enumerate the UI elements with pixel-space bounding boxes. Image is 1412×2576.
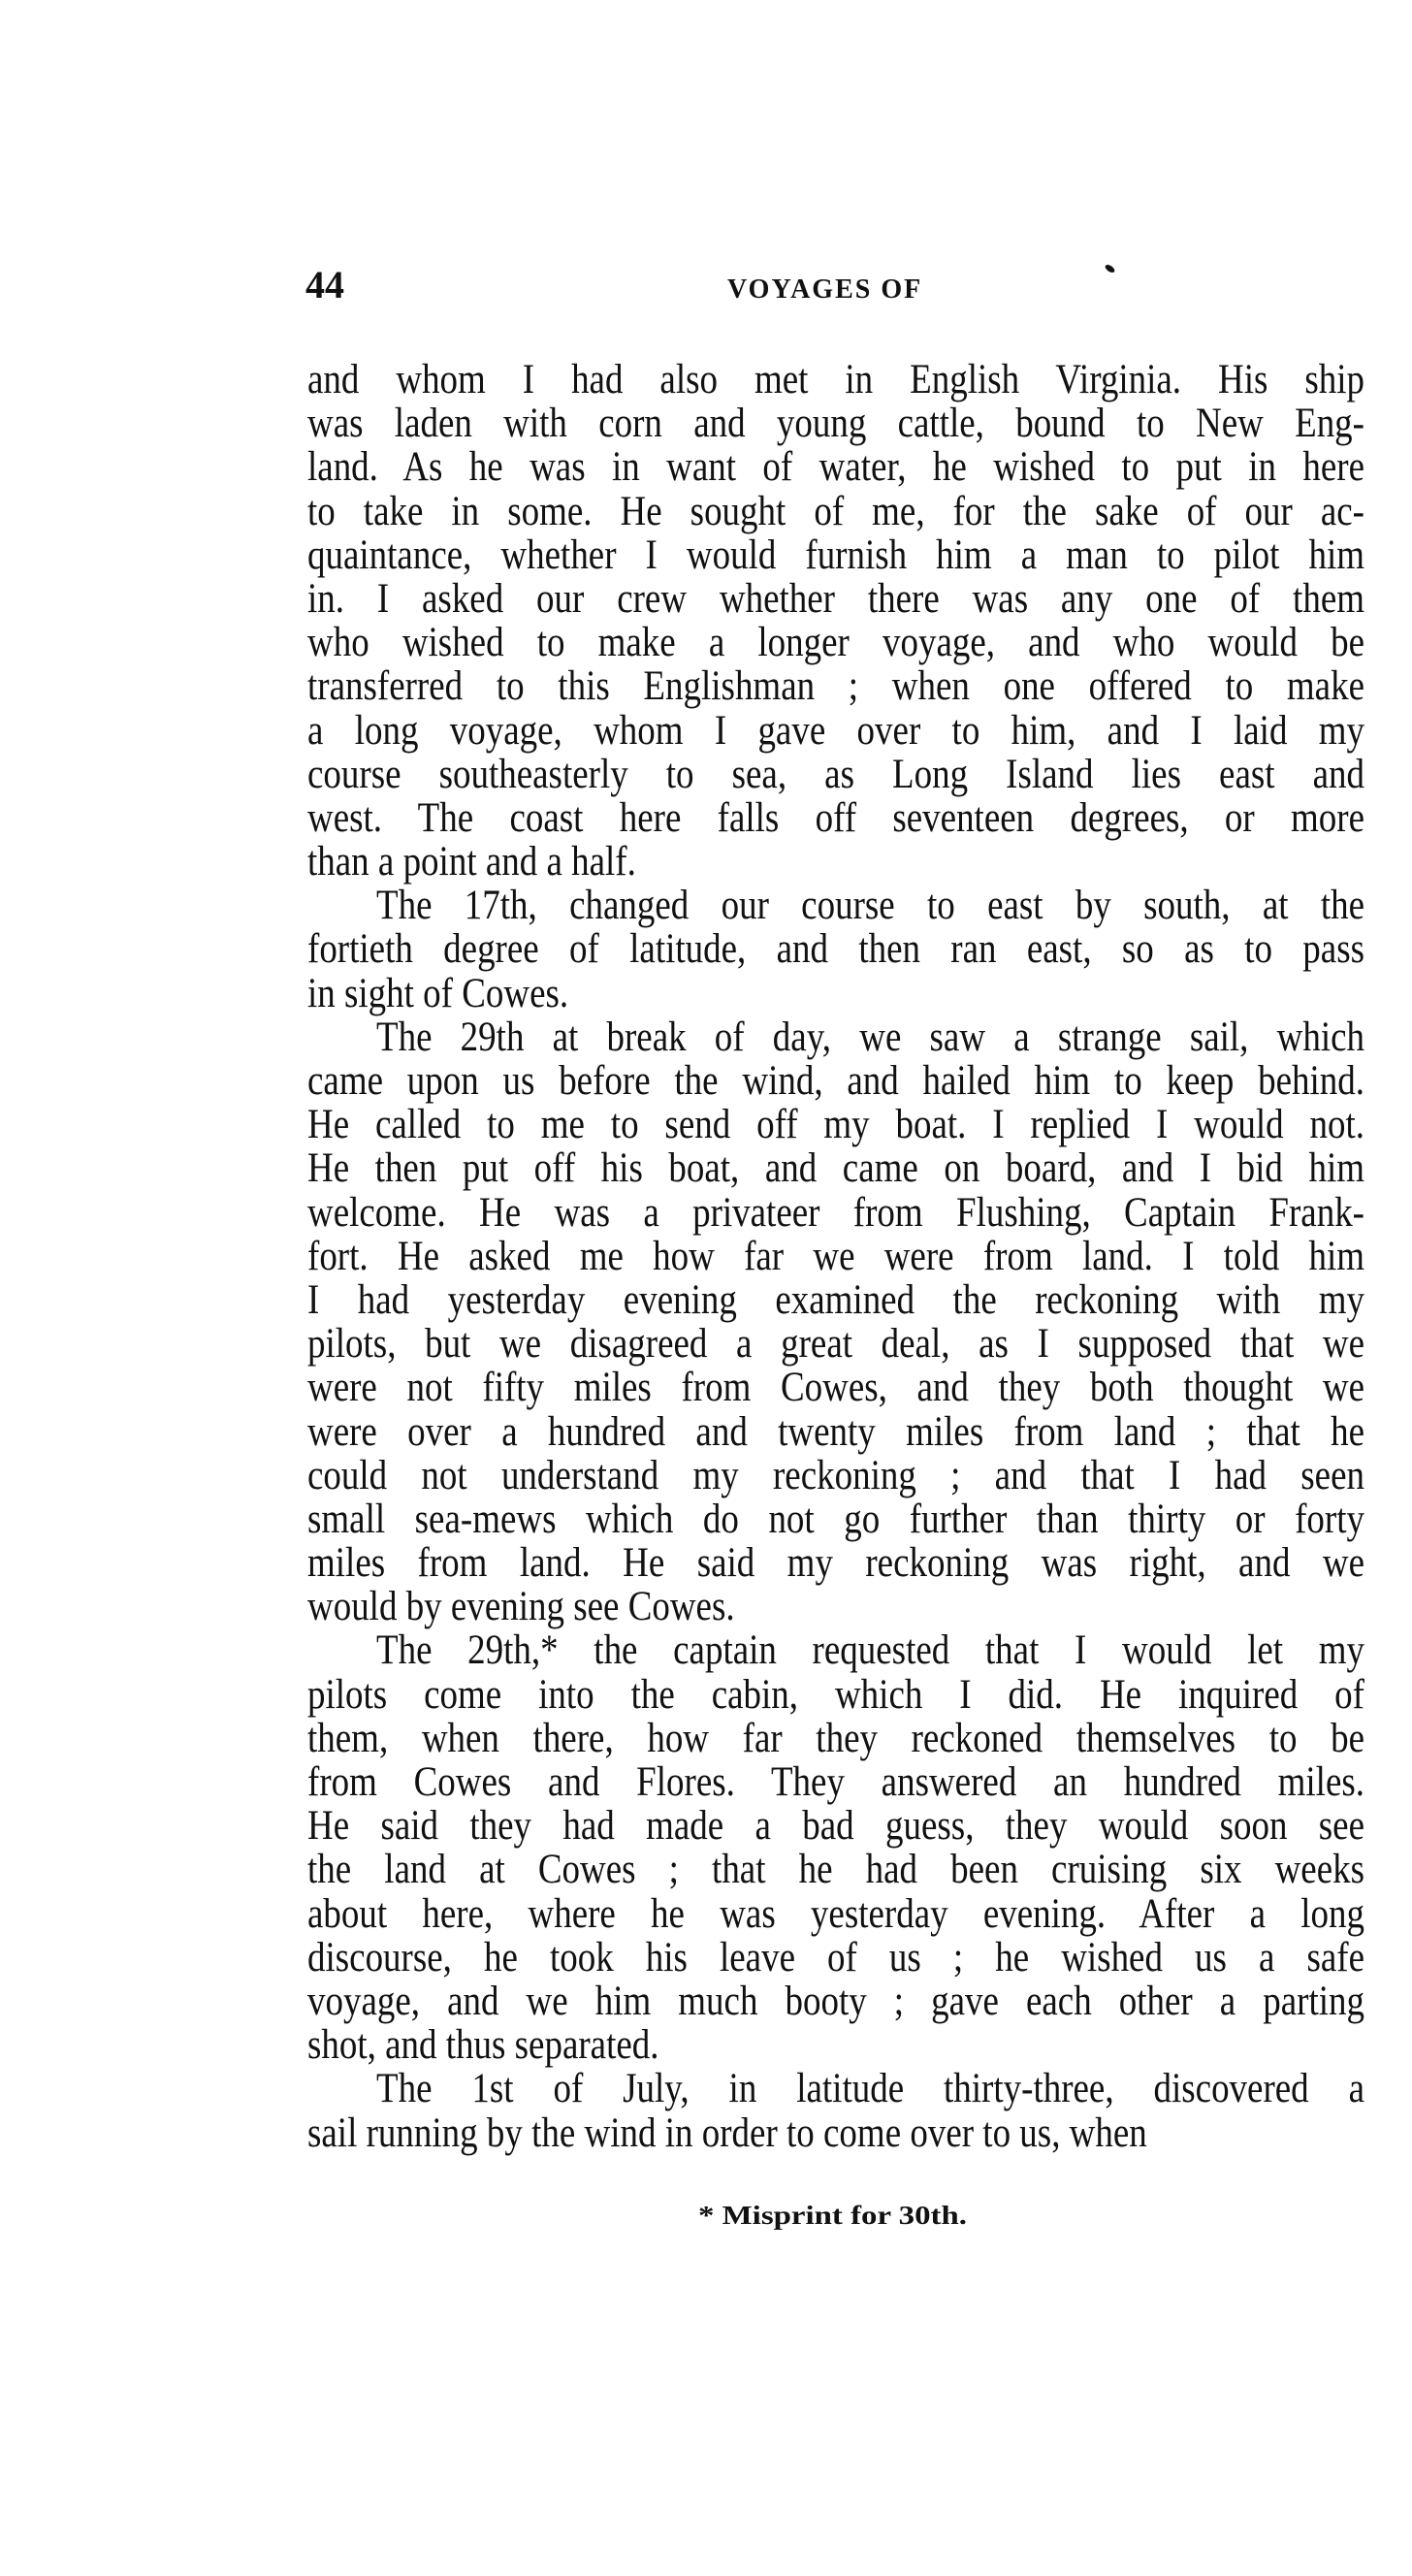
text-line: He then put off his boat, and came on bo… [307,1146,1364,1190]
paragraph: The 29th at break of day, we saw a stran… [307,1015,1364,1629]
line-text: He then put off his boat, and came on bo… [307,1146,1364,1190]
text-line: who wished to make a longer voyage, and … [307,621,1364,664]
line-text: quaintance, whether I would furnish him … [307,533,1364,577]
text-line: west. The coast here falls off seventeen… [307,796,1364,840]
book-page: 44 VOYAGES OF and whom I had also met in… [0,0,1412,2576]
line-text: welcome. He was a privateer from Flushin… [307,1191,1364,1235]
line-text: in. I asked our crew whether there was a… [307,577,1364,621]
text-line: I had yesterday evening examined the rec… [307,1278,1364,1322]
line-text: than a point and a half. [307,840,636,884]
text-line: than a point and a half. [307,840,1364,884]
line-text: could not understand my reckoning ; and … [307,1454,1364,1497]
text-line: The 29th,* the captain requested that I … [307,1628,1364,1672]
line-text: transferred to this Englishman ; when on… [307,664,1364,708]
text-line: and whom I had also met in English Virgi… [307,358,1364,402]
line-text: The 17th, changed our course to east by … [376,884,1364,927]
paragraph: The 29th,* the captain requested that I … [307,1628,1364,2067]
paragraph: and whom I had also met in English Virgi… [307,358,1364,884]
text-line: The 29th at break of day, we saw a stran… [307,1015,1364,1059]
text-line: would by evening see Cowes. [307,1585,1364,1628]
text-line: were over a hundred and twenty miles fro… [307,1410,1364,1454]
line-text: course southeasterly to sea, as Long Isl… [307,753,1364,796]
line-text: to take in some. He sought of me, for th… [307,490,1364,533]
text-line: fort. He asked me how far we were from l… [307,1235,1364,1278]
text-line: them, when there, how far they reckoned … [307,1717,1364,1760]
line-text: west. The coast here falls off seventeen… [307,796,1364,840]
text-line: land. As he was in want of water, he wis… [307,445,1364,489]
line-text: miles from land. He said my reckoning wa… [307,1541,1364,1585]
line-text: pilots come into the cabin, which I did.… [307,1673,1364,1717]
line-text: a long voyage, whom I gave over to him, … [307,709,1364,753]
text-line: pilots, but we disagreed a great deal, a… [307,1322,1364,1366]
line-text: were not fifty miles from Cowes, and the… [307,1366,1364,1409]
ink-speck [1104,263,1115,274]
text-line: transferred to this Englishman ; when on… [307,664,1364,708]
line-text: came upon us before the wind, and hailed… [307,1059,1364,1103]
line-text: would by evening see Cowes. [307,1585,735,1628]
running-head: 44 VOYAGES OF [307,262,1364,310]
text-line: to take in some. He sought of me, for th… [307,490,1364,533]
line-text: He said they had made a bad guess, they … [307,1804,1364,1848]
text-line: voyage, and we him much booty ; gave eac… [307,1980,1364,2023]
line-text: small sea-mews which do not go further t… [307,1497,1364,1541]
text-line: small sea-mews which do not go further t… [307,1497,1364,1541]
text-line: welcome. He was a privateer from Flushin… [307,1191,1364,1235]
text-line: quaintance, whether I would furnish him … [307,533,1364,577]
text-line: came upon us before the wind, and hailed… [307,1059,1364,1103]
line-text: I had yesterday evening examined the rec… [307,1278,1364,1322]
text-line: shot, and thus separated. [307,2023,1364,2067]
line-text: was laden with corn and young cattle, bo… [307,402,1364,445]
line-text: discourse, he took his leave of us ; he … [307,1936,1364,1980]
paragraph: The 1st of July, in latitude thirty-thre… [307,2067,1364,2154]
line-text: in sight of Cowes. [307,972,568,1015]
line-text: fortieth degree of latitude, and then ra… [307,927,1364,971]
line-text: and whom I had also met in English Virgi… [307,358,1364,402]
footnote-text: * Misprint for 30th. [698,2200,967,2231]
line-text: sail running by the wind in order to com… [307,2111,1147,2155]
text-line: miles from land. He said my reckoning wa… [307,1541,1364,1585]
text-line: He said they had made a bad guess, they … [307,1804,1364,1848]
line-text: were over a hundred and twenty miles fro… [307,1410,1364,1454]
text-line: fortieth degree of latitude, and then ra… [307,927,1364,971]
text-line: The 17th, changed our course to east by … [307,884,1364,927]
text-line: The 1st of July, in latitude thirty-thre… [307,2067,1364,2110]
line-text: fort. He asked me how far we were from l… [307,1235,1364,1278]
line-text: voyage, and we him much booty ; gave eac… [307,1980,1364,2023]
line-text: the land at Cowes ; that he had been cru… [307,1848,1364,1891]
running-title: VOYAGES OF [727,276,922,304]
text-line: from Cowes and Flores. They answered an … [307,1760,1364,1804]
line-text: pilots, but we disagreed a great deal, a… [307,1322,1364,1366]
text-line: the land at Cowes ; that he had been cru… [307,1848,1364,1891]
footnote: * Misprint for 30th. [698,2200,919,2231]
line-text: He called to me to send off my boat. I r… [307,1103,1364,1146]
line-text: them, when there, how far they reckoned … [307,1717,1364,1760]
line-text: The 1st of July, in latitude thirty-thre… [376,2067,1364,2110]
line-text: who wished to make a longer voyage, and … [307,621,1364,664]
body-text: and whom I had also met in English Virgi… [307,358,1364,2155]
text-line: was laden with corn and young cattle, bo… [307,402,1364,445]
paragraph: The 17th, changed our course to east by … [307,884,1364,1015]
text-line: a long voyage, whom I gave over to him, … [307,709,1364,753]
page-number: 44 [305,266,344,305]
text-line: in. I asked our crew whether there was a… [307,577,1364,621]
line-text: The 29th,* the captain requested that I … [376,1628,1364,1672]
line-text: land. As he was in want of water, he wis… [307,445,1364,489]
line-text: The 29th at break of day, we saw a stran… [376,1015,1364,1059]
line-text: shot, and thus separated. [307,2023,659,2067]
text-line: sail running by the wind in order to com… [307,2111,1364,2155]
line-text: about here, where he was yesterday eveni… [307,1892,1364,1936]
text-line: in sight of Cowes. [307,972,1364,1015]
line-text: from Cowes and Flores. They answered an … [307,1760,1364,1804]
text-line: were not fifty miles from Cowes, and the… [307,1366,1364,1409]
text-line: He called to me to send off my boat. I r… [307,1103,1364,1146]
text-line: pilots come into the cabin, which I did.… [307,1673,1364,1717]
text-line: discourse, he took his leave of us ; he … [307,1936,1364,1980]
text-line: could not understand my reckoning ; and … [307,1454,1364,1497]
text-line: course southeasterly to sea, as Long Isl… [307,753,1364,796]
text-line: about here, where he was yesterday eveni… [307,1892,1364,1936]
